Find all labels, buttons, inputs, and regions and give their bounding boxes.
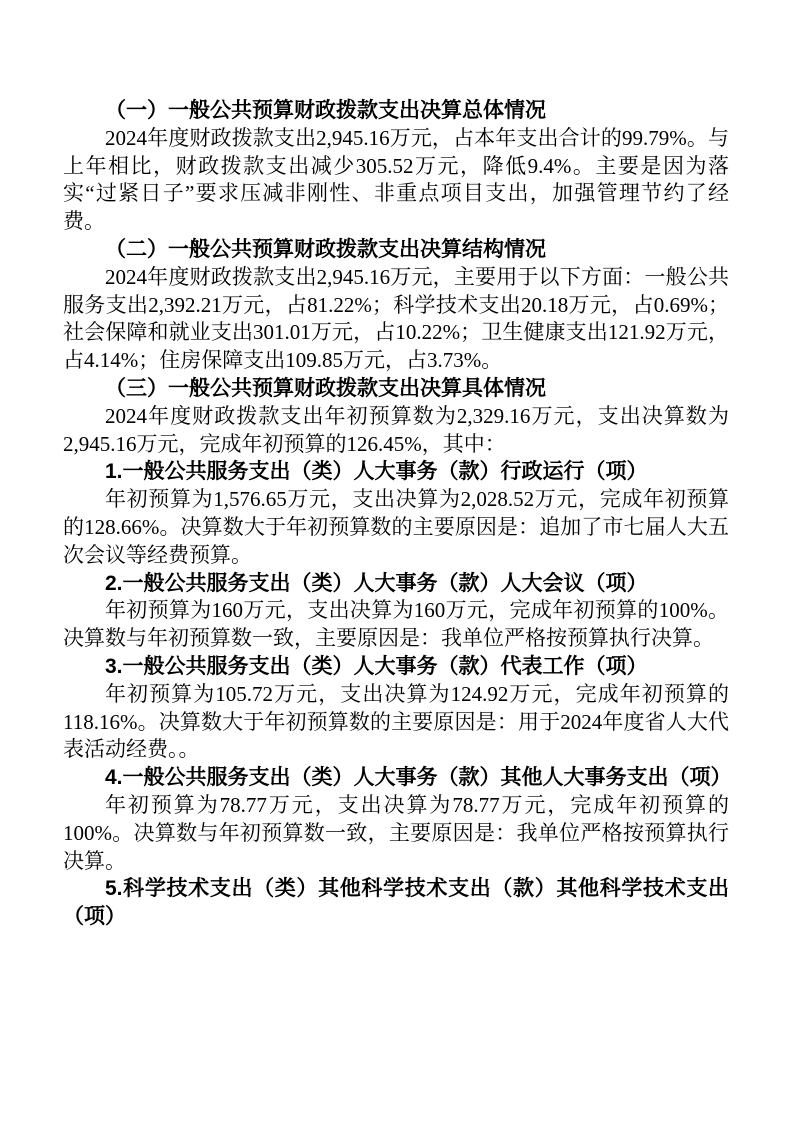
section2-paragraph: 2024年度财政拨款支出2,945.16万元，主要用于以下方面：一般公共服务支出…: [63, 264, 729, 375]
item4-heading: 4.一般公共服务支出（类）人大事务（款）其他人大事务支出（项）: [63, 764, 729, 792]
item1-heading: 1.一般公共服务支出（类）人大事务（款）行政运行（项）: [63, 458, 729, 486]
item1-paragraph: 年初预算为1,576.65万元，支出决算为2,028.52万元，完成年初预算的1…: [63, 486, 729, 569]
item2-paragraph: 年初预算为160万元，支出决算为160万元，完成年初预算的100%。决算数与年初…: [63, 597, 729, 653]
item3-heading: 3.一般公共服务支出（类）人大事务（款）代表工作（项）: [63, 653, 729, 681]
section1-paragraph: 2024年度财政拨款支出2,945.16万元，占本年支出合计的99.79%。与上…: [63, 125, 729, 236]
document-page: （一）一般公共预算财政拨款支出决算总体情况 2024年度财政拨款支出2,945.…: [0, 0, 793, 1122]
item5-heading: 5.科学技术支出（类）其他科学技术支出（款）其他科学技术支出（项）: [63, 875, 729, 931]
item3-paragraph: 年初预算为105.72万元，支出决算为124.92万元，完成年初预算的118.1…: [63, 681, 729, 764]
item2-heading: 2.一般公共服务支出（类）人大事务（款）人大会议（项）: [63, 570, 729, 598]
section3-paragraph: 2024年度财政拨款支出年初预算数为2,329.16万元，支出决算数为2,945…: [63, 403, 729, 459]
section1-heading: （一）一般公共预算财政拨款支出决算总体情况: [63, 97, 729, 125]
item4-paragraph: 年初预算为78.77万元，支出决算为78.77万元，完成年初预算的100%。决算…: [63, 792, 729, 875]
section2-heading: （二）一般公共预算财政拨款支出决算结构情况: [63, 236, 729, 264]
section3-heading: （三）一般公共预算财政拨款支出决算具体情况: [63, 375, 729, 403]
